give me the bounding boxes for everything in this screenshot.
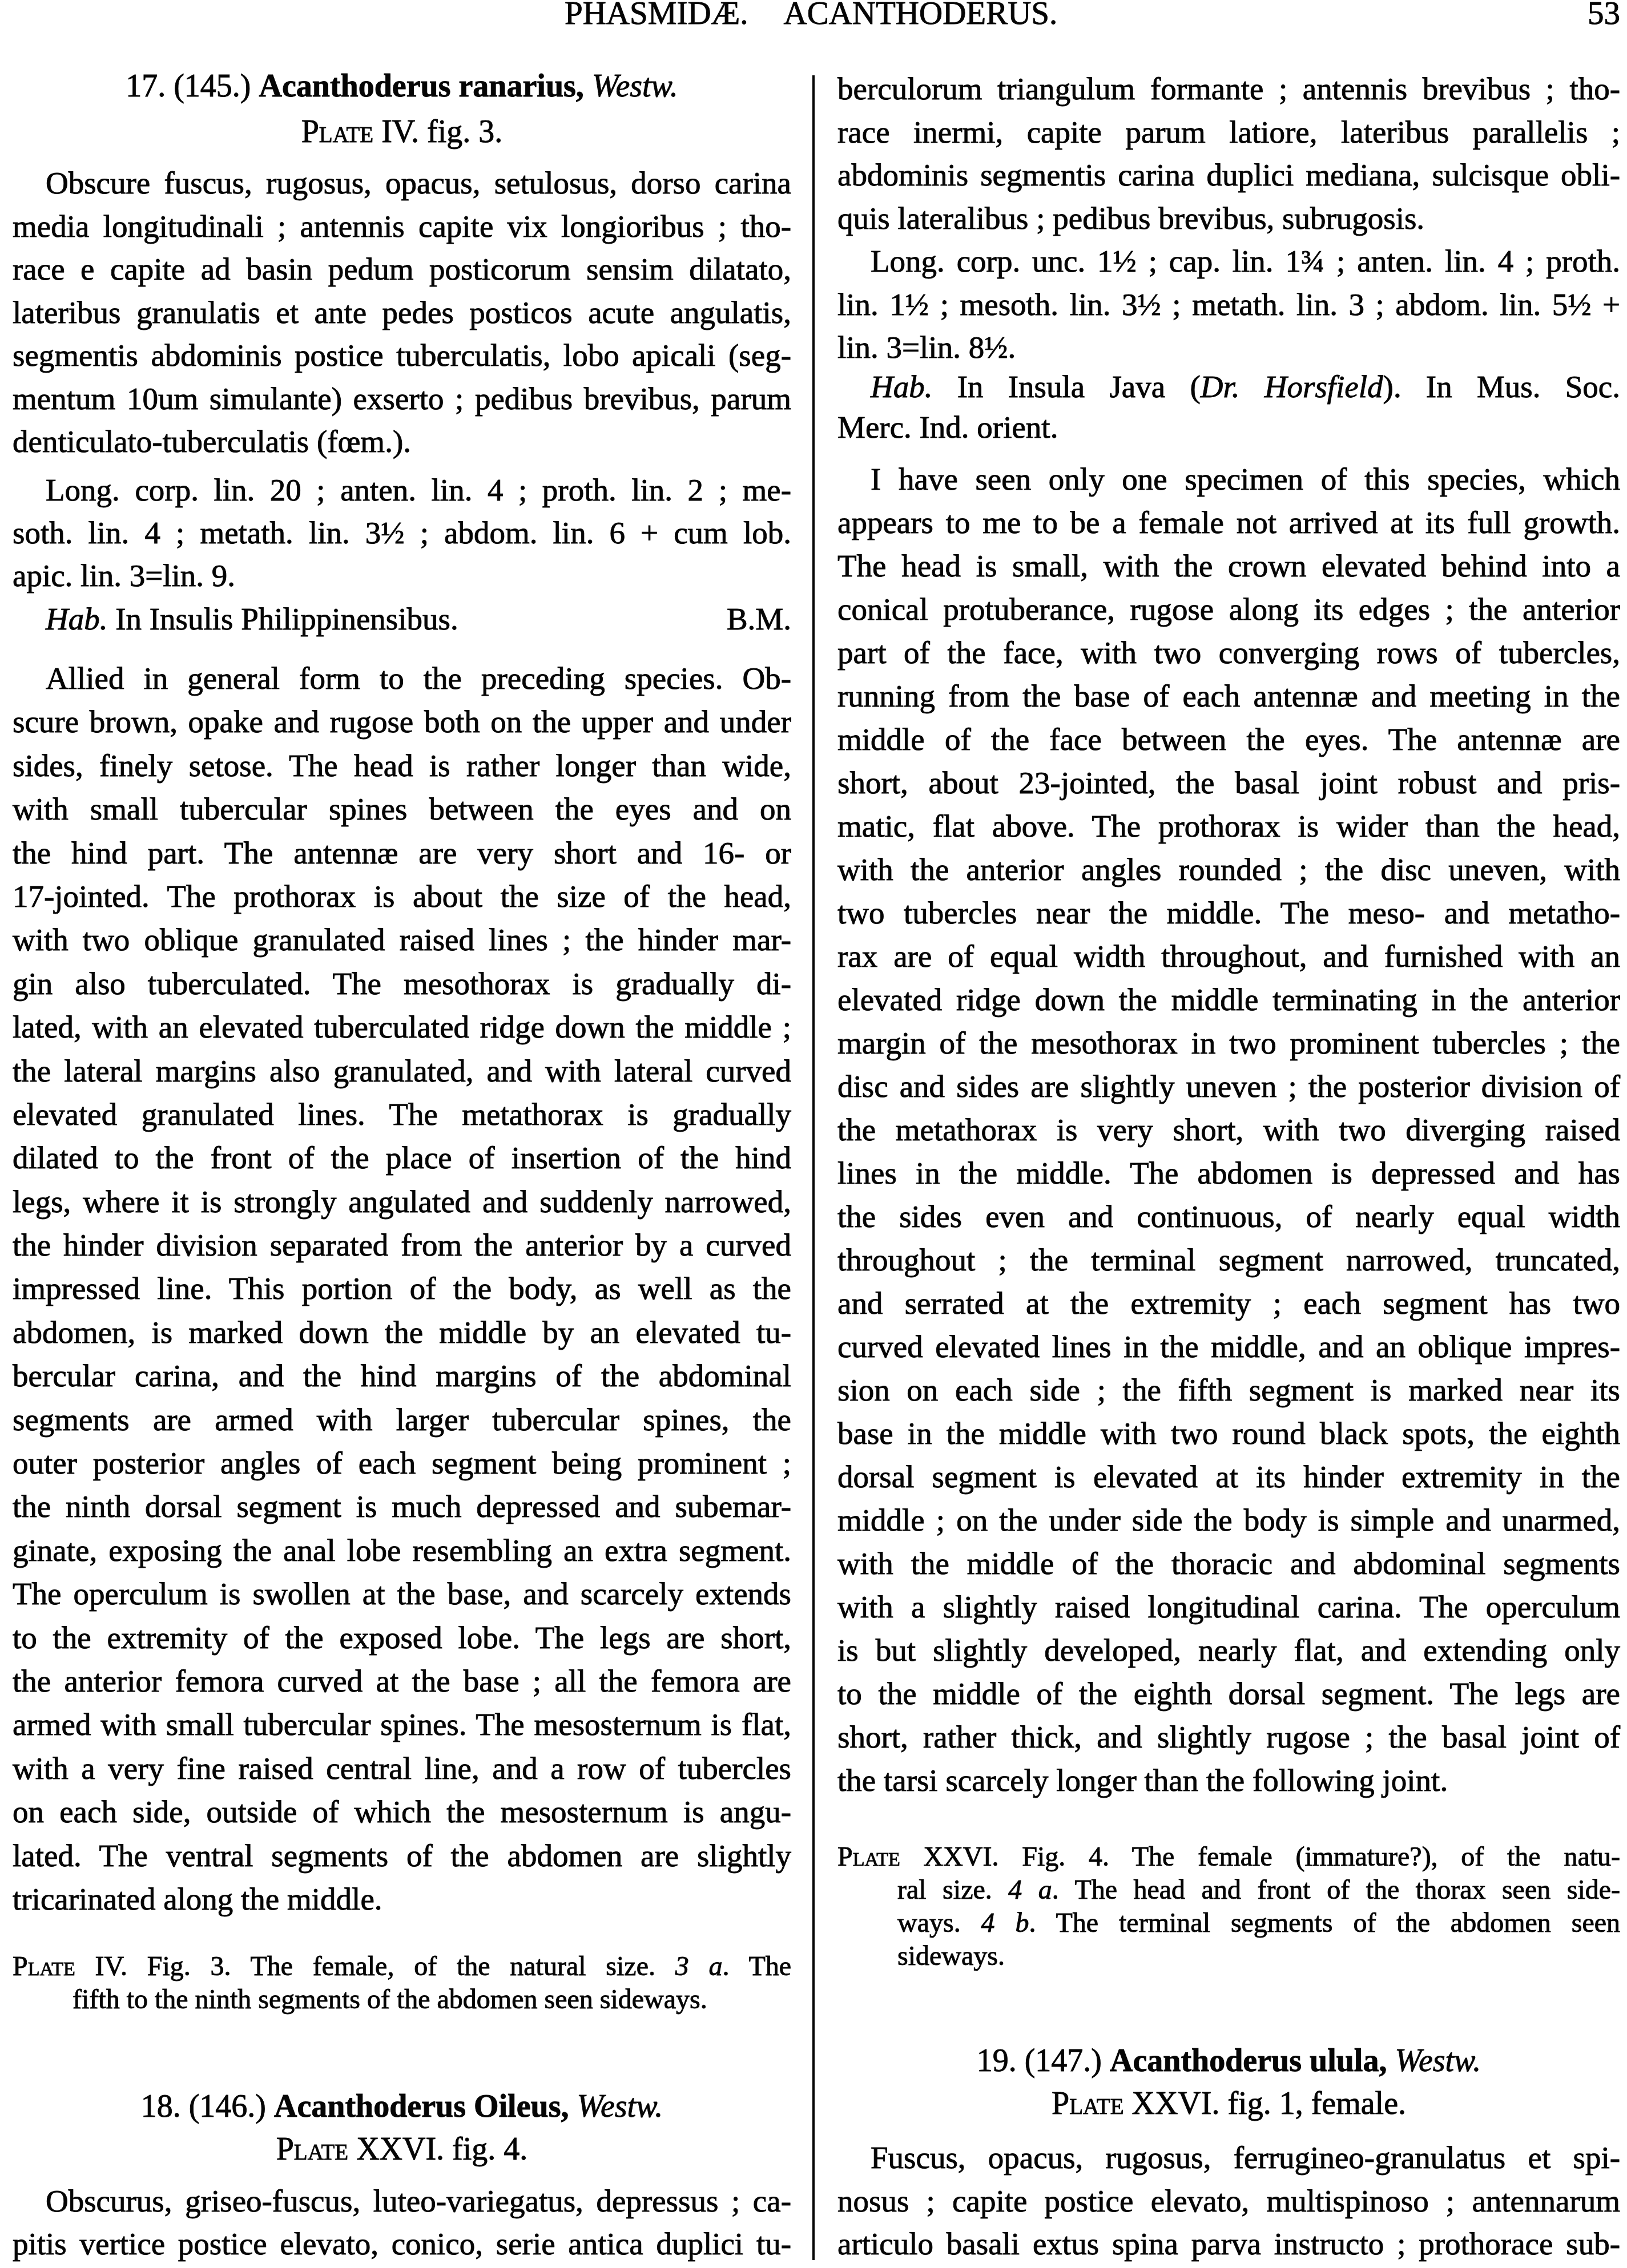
description-line: with the middle of the thoracic and abdo… bbox=[837, 1542, 1620, 1585]
habitat-label: Hab. bbox=[46, 602, 107, 636]
description-line: the anterior femora curved at the base ;… bbox=[13, 1660, 791, 1703]
caption-figure-ref: 4 a bbox=[1008, 1875, 1052, 1905]
description-line: impressed line. This portion of the body… bbox=[13, 1267, 791, 1310]
habitat-text-group: Hab. In Insulis Philippinensibus. bbox=[46, 598, 458, 641]
species-17-habitat: Hab. In Insulis Philippinensibus. B.M. bbox=[13, 598, 791, 641]
description-line: the tarsi scarcely longer than the follo… bbox=[837, 1759, 1620, 1802]
caption-plate-label: Plate bbox=[837, 1842, 900, 1872]
caption-line: fifth to the ninth segments of the abdom… bbox=[13, 1983, 791, 2016]
species-18-plate-caption: Plate XXVI. Fig. 4. The female (immature… bbox=[837, 1841, 1620, 1973]
description-line: tricarinated along the middle. bbox=[13, 1878, 791, 1921]
species-name: Acanthoderus ranarius, bbox=[259, 68, 583, 104]
species-number: 18. (146.) bbox=[141, 2089, 266, 2124]
latin-line: articulo basali extus spina parva instru… bbox=[837, 2222, 1620, 2266]
description-line: with a very fine raised central line, an… bbox=[13, 1747, 791, 1790]
plate-reference: Plate XXVI. fig. 4. bbox=[13, 2128, 791, 2171]
species-author: Westw. bbox=[577, 2089, 663, 2124]
description-line: elevated ridge down the middle terminati… bbox=[837, 978, 1620, 1022]
description-line: and serrated at the extremity ; each seg… bbox=[837, 1282, 1620, 1325]
description-line: elevated granulated lines. The metathora… bbox=[13, 1093, 791, 1136]
species-18-habitat: Hab. In Insula Java (Dr. Horsfield). In … bbox=[837, 366, 1620, 447]
habitat-line: Hab. In Insulis Philippinensibus. B.M. bbox=[13, 598, 791, 641]
caption-text: . The head and front of the thorax seen … bbox=[1052, 1875, 1620, 1905]
measurement-line: lin. 1½ ; mesoth. lin. 3½ ; metath. lin.… bbox=[837, 283, 1620, 326]
caption-text: . The bbox=[722, 1951, 791, 1982]
plate-reference: Plate IV. fig. 3. bbox=[13, 110, 791, 154]
latin-line: Obscure fuscus, rugosus, opacus, setulos… bbox=[13, 162, 791, 205]
species-heading: 19. (147.) Acanthoderus ulula, Westw. bbox=[837, 2039, 1620, 2083]
plate-number: XXVI. fig. 1, female. bbox=[1131, 2086, 1406, 2121]
plate-label: Plate bbox=[1052, 2086, 1123, 2121]
caption-plate-label: Plate bbox=[13, 1951, 75, 1982]
species-18-measurements: Long. corp. unc. 1½ ; cap. lin. 1¾ ; ant… bbox=[837, 240, 1620, 369]
description-line: scure brown, opake and rugose both on th… bbox=[13, 700, 791, 744]
caption-line: Plate XXVI. Fig. 4. The female (immature… bbox=[837, 1841, 1620, 1874]
habitat-locality: In Insulis Philippinensibus. bbox=[115, 602, 458, 636]
latin-line: pitis vertice postice elevato, conico, s… bbox=[13, 2222, 791, 2265]
species-17-plate-caption: Plate IV. Fig. 3. The female, of the nat… bbox=[13, 1950, 791, 2016]
species-author: Westw. bbox=[592, 68, 678, 104]
species-17-measurements: Long. corp. lin. 20 ; anten. lin. 4 ; pr… bbox=[13, 469, 791, 597]
caption-figure-ref: 3 a bbox=[675, 1951, 723, 1982]
species-name: Acanthoderus Oileus, bbox=[274, 2089, 569, 2124]
description-line: curved elevated lines in the middle, and… bbox=[837, 1325, 1620, 1369]
species-heading: 18. (146.) Acanthoderus Oileus, Westw. bbox=[13, 2085, 791, 2128]
measurement-line: apic. lin. 3=lin. 9. bbox=[13, 554, 791, 597]
description-line: disc and sides are slightly uneven ; the… bbox=[837, 1065, 1620, 1108]
description-line: the hind part. The antennæ are very shor… bbox=[13, 832, 791, 875]
description-line: with the anterior angles rounded ; the d… bbox=[837, 848, 1620, 891]
description-line: abdomen, is marked down the middle by an… bbox=[13, 1311, 791, 1354]
description-line: The operculum is swollen at the base, an… bbox=[13, 1572, 791, 1616]
species-number: 17. (145.) bbox=[126, 68, 251, 104]
latin-line: berculorum triangulum formante ; antenni… bbox=[837, 67, 1620, 111]
habitat-line: Hab. In Insula Java (Dr. Horsfield). In … bbox=[837, 366, 1620, 407]
species-18-title: 18. (146.) Acanthoderus Oileus, Westw. bbox=[13, 2085, 791, 2128]
description-line: lines in the middle. The abdomen is depr… bbox=[837, 1152, 1620, 1195]
description-line: short, rather thick, and slightly rugose… bbox=[837, 1716, 1620, 1759]
page-number: 53 bbox=[1588, 0, 1620, 31]
species-19-latin-diagnosis: Fuscus, opacus, rugosus, ferrugineo-gran… bbox=[837, 2136, 1620, 2266]
species-18-latin-diagnosis: Obscurus, griseo-fuscus, luteo-variegatu… bbox=[13, 2180, 791, 2265]
description-line: middle ; on the under side the body is s… bbox=[837, 1499, 1620, 1542]
caption-text: ways. bbox=[897, 1908, 981, 1938]
description-line: 17-jointed. The prothorax is about the s… bbox=[13, 875, 791, 918]
description-line: short, about 23-jointed, the basal joint… bbox=[837, 761, 1620, 805]
description-line: with a slightly raised longitudinal cari… bbox=[837, 1585, 1620, 1629]
description-line: the ninth dorsal segment is much depress… bbox=[13, 1485, 791, 1528]
measurement-line: soth. lin. 4 ; metath. lin. 3½ ; abdom. … bbox=[13, 511, 791, 554]
description-line: appears to me to be a female not arrived… bbox=[837, 501, 1620, 544]
description-line: matic, flat above. The prothorax is wide… bbox=[837, 805, 1620, 848]
description-line: the sides even and continuous, of nearly… bbox=[837, 1195, 1620, 1238]
species-19-title: 19. (147.) Acanthoderus ulula, Westw. bbox=[837, 2039, 1620, 2083]
species-17-title: 17. (145.) Acanthoderus ranarius, Westw. bbox=[13, 64, 791, 108]
description-line: the metathorax is very short, with two d… bbox=[837, 1108, 1620, 1152]
description-line: base in the middle with two round black … bbox=[837, 1412, 1620, 1455]
latin-line: media longitudinali ; antennis capite vi… bbox=[13, 205, 791, 248]
caption-text: ral size. bbox=[897, 1875, 1008, 1905]
description-line: bercular carina, and the hind margins of… bbox=[13, 1354, 791, 1398]
habitat-locality: In Insula Java ( bbox=[957, 369, 1201, 404]
latin-line: mentum 10um simulante) exserto ; pedibus… bbox=[13, 377, 791, 421]
habitat-label: Hab. bbox=[871, 369, 932, 404]
description-line: running from the base of each antennæ an… bbox=[837, 675, 1620, 718]
description-line: gin also tuberculated. The mesothorax is… bbox=[13, 962, 791, 1006]
plate-reference: Plate XXVI. fig. 1, female. bbox=[837, 2082, 1620, 2125]
caption-text: . The terminal segments of the abdomen s… bbox=[1029, 1908, 1620, 1938]
description-line: lated. The ventral segments of the abdom… bbox=[13, 1834, 791, 1878]
species-17-latin-diagnosis: Obscure fuscus, rugosus, opacus, setulos… bbox=[13, 162, 791, 463]
description-line: to the middle of the eighth dorsal segme… bbox=[837, 1672, 1620, 1716]
plate-label: Plate bbox=[301, 114, 373, 150]
description-line: ginate, exposing the anal lobe resemblin… bbox=[13, 1529, 791, 1572]
collection-abbrev: B.M. bbox=[727, 598, 791, 641]
latin-line: quis lateralibus ; pedibus brevibus, sub… bbox=[837, 197, 1620, 240]
caption-line: Plate IV. Fig. 3. The female, of the nat… bbox=[13, 1950, 791, 1983]
description-line: dorsal segment is elevated at its hinder… bbox=[837, 1455, 1620, 1499]
description-line: sides, finely setose. The head is rather… bbox=[13, 744, 791, 788]
latin-line: race e capite ad basin pedum posticorum … bbox=[13, 248, 791, 291]
description-line: segments are armed with larger tubercula… bbox=[13, 1398, 791, 1442]
description-line: legs, where it is strongly angulated and… bbox=[13, 1180, 791, 1224]
description-line: to the extremity of the exposed lobe. Th… bbox=[13, 1616, 791, 1660]
measurement-line: lin. 3=lin. 8½. bbox=[837, 326, 1620, 369]
species-17-plate-ref: Plate IV. fig. 3. bbox=[13, 110, 791, 154]
description-line: outer posterior angles of each segment b… bbox=[13, 1442, 791, 1485]
habitat-collector: Dr. Horsfield bbox=[1201, 369, 1383, 404]
caption-text: IV. Fig. 3. The female, of the natural s… bbox=[95, 1951, 675, 1982]
measurement-line: Long. corp. unc. 1½ ; cap. lin. 1¾ ; ant… bbox=[837, 240, 1620, 283]
description-line: throughout ; the terminal segment narrow… bbox=[837, 1238, 1620, 1282]
description-line: rax are of equal width throughout, and f… bbox=[837, 935, 1620, 978]
description-line: with two oblique granulated raised lines… bbox=[13, 918, 791, 962]
species-name: Acanthoderus ulula, bbox=[1110, 2043, 1387, 2079]
description-line: on each side, outside of which the mesos… bbox=[13, 1790, 791, 1834]
plate-number: IV. fig. 3. bbox=[381, 114, 502, 150]
description-line: middle of the face between the eyes. The… bbox=[837, 718, 1620, 761]
running-head: PHASMIDÆ.ACANTHODERUS. bbox=[565, 0, 1057, 31]
caption-line: ways. 4 b. The terminal segments of the … bbox=[837, 1907, 1620, 1940]
description-line: dilated to the front of the place of ins… bbox=[13, 1136, 791, 1180]
description-line: lated, with an elevated tuberculated rid… bbox=[13, 1006, 791, 1049]
description-line: sion on each side ; the fifth segment is… bbox=[837, 1369, 1620, 1412]
column-divider bbox=[812, 75, 815, 2260]
species-number: 19. (147.) bbox=[977, 2043, 1102, 2079]
description-line: armed with small tubercular spines. The … bbox=[13, 1703, 791, 1746]
description-line: Allied in general form to the preceding … bbox=[13, 657, 791, 700]
habitat-line: Merc. Ind. orient. bbox=[837, 407, 1620, 447]
species-18-plate-ref: Plate XXVI. fig. 4. bbox=[13, 2128, 791, 2171]
description-line: margin of the mesothorax in two prominen… bbox=[837, 1022, 1620, 1065]
latin-line: nosus ; capite postice elevato, multispi… bbox=[837, 2180, 1620, 2223]
latin-line: Obscurus, griseo-fuscus, luteo-variegatu… bbox=[13, 2180, 791, 2222]
running-head-genus: ACANTHODERUS. bbox=[784, 0, 1058, 31]
description-line: The head is small, with the crown elevat… bbox=[837, 544, 1620, 588]
measurement-line: Long. corp. lin. 20 ; anten. lin. 4 ; pr… bbox=[13, 469, 791, 511]
species-17-description: Allied in general form to the preceding … bbox=[13, 657, 791, 1921]
running-head-section: PHASMIDÆ. bbox=[565, 0, 748, 31]
latin-line: abdominis segmentis carina duplici media… bbox=[837, 154, 1620, 197]
latin-line: race inermi, capite parum latiore, later… bbox=[837, 111, 1620, 154]
description-line: part of the face, with two converging ro… bbox=[837, 631, 1620, 675]
latin-line: denticulato-tuberculatis (fœm.). bbox=[13, 420, 791, 463]
latin-line: Fuscus, opacus, rugosus, ferrugineo-gran… bbox=[837, 2136, 1620, 2180]
plate-number: XXVI. fig. 4. bbox=[356, 2132, 527, 2167]
description-line: two tubercles near the middle. The meso-… bbox=[837, 891, 1620, 935]
description-line: the hinder division separated from the a… bbox=[13, 1224, 791, 1267]
caption-figure-ref: 4 b bbox=[981, 1908, 1029, 1938]
habitat-collection: ). In Mus. Soc. bbox=[1383, 369, 1620, 404]
description-line: conical protuberance, rugose along its e… bbox=[837, 588, 1620, 631]
caption-line: ral size. 4 a. The head and front of the… bbox=[837, 1874, 1620, 1907]
species-18-description: I have seen only one specimen of this sp… bbox=[837, 458, 1620, 1802]
plate-label: Plate bbox=[276, 2132, 348, 2167]
description-line: the lateral margins also granulated, and… bbox=[13, 1050, 791, 1093]
caption-line: sideways. bbox=[837, 1940, 1620, 1973]
description-line: with small tubercular spines between the… bbox=[13, 788, 791, 831]
caption-text: XXVI. Fig. 4. The female (immature?), of… bbox=[924, 1842, 1621, 1872]
description-line: is but slightly developed, nearly flat, … bbox=[837, 1629, 1620, 1672]
latin-line: segmentis abdominis postice tuberculatis… bbox=[13, 334, 791, 377]
latin-line: lateribus granulatis et ante pedes posti… bbox=[13, 291, 791, 334]
species-author: Westw. bbox=[1395, 2043, 1481, 2079]
description-line: I have seen only one specimen of this sp… bbox=[837, 458, 1620, 501]
species-19-plate-ref: Plate XXVI. fig. 1, female. bbox=[837, 2082, 1620, 2125]
species-18-latin-continued: berculorum triangulum formante ; antenni… bbox=[837, 67, 1620, 240]
species-heading: 17. (145.) Acanthoderus ranarius, Westw. bbox=[13, 64, 791, 108]
